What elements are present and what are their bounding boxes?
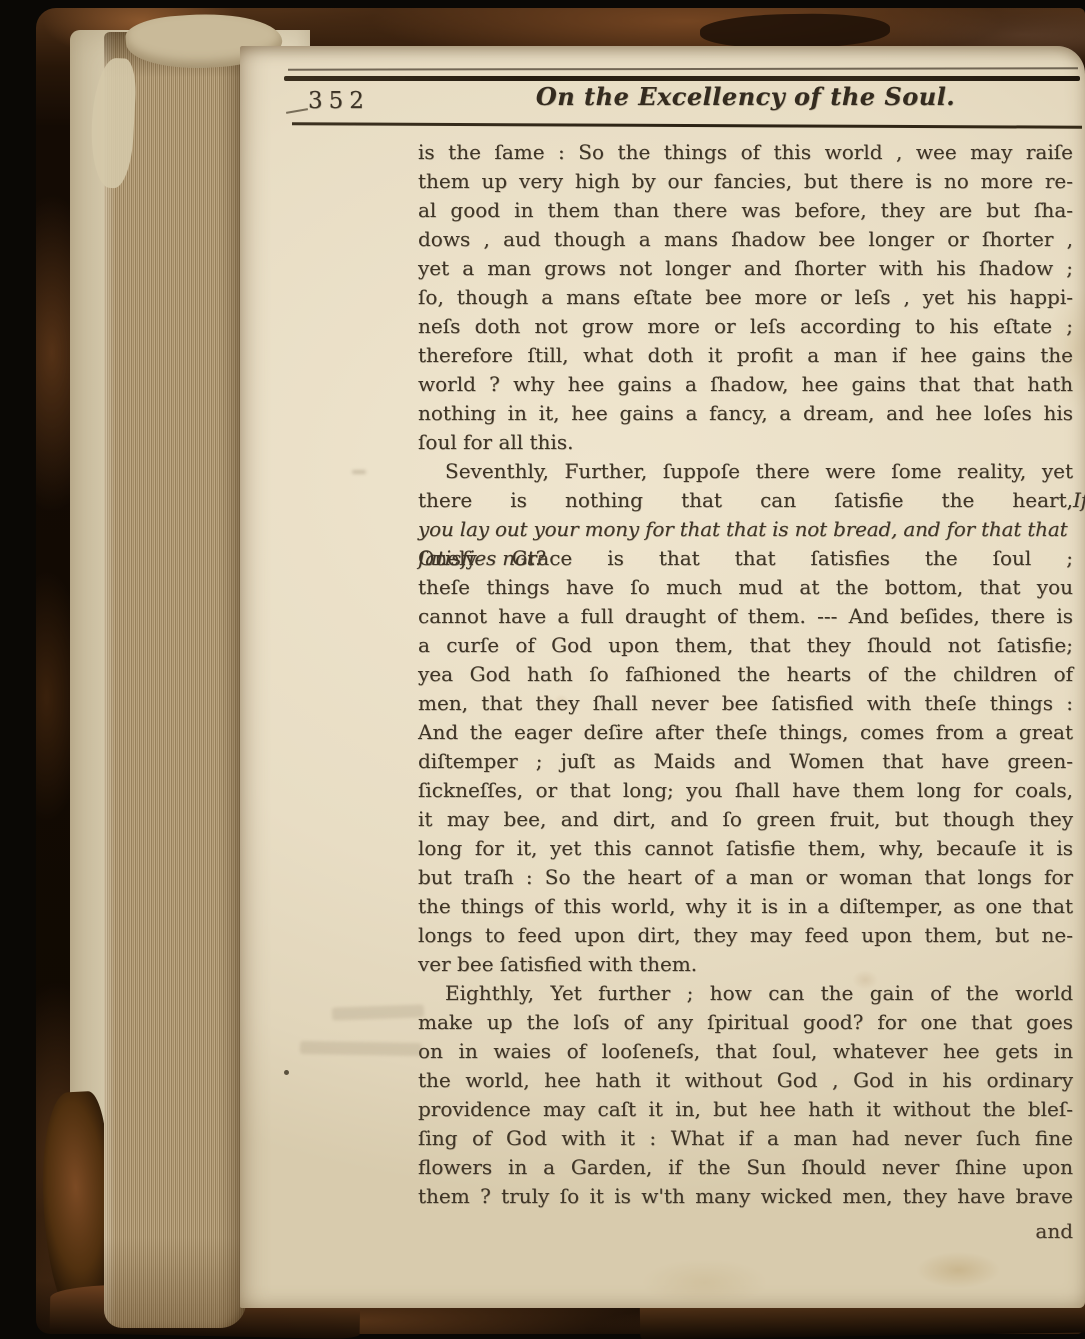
text-line: ſoul for all this. xyxy=(418,428,1073,457)
text-line: dows , aud though a mans ſhadow bee long… xyxy=(418,225,1073,254)
text-line: yet a man grows not longer and ſhorter w… xyxy=(418,254,1073,283)
text-line: but traſh : So the heart of a man or wom… xyxy=(418,863,1073,892)
text-line: you lay out your mony for that that is n… xyxy=(418,515,1073,544)
text-line: providence may caſt it in, but hee hath … xyxy=(418,1095,1073,1124)
text-line: a curſe of God upon them, that they ſhou… xyxy=(418,631,1073,660)
text-line: make up the loſs of any ſpiritual good? … xyxy=(418,1008,1073,1037)
page-number: 352 xyxy=(308,88,418,120)
catchword: and xyxy=(418,1216,1073,1246)
text-line: it may bee, and dirt, and ſo green fruit… xyxy=(418,805,1073,834)
text-line: And the eager deſire after theſe things,… xyxy=(418,718,1073,747)
body-text: is the ſame : So the things of this worl… xyxy=(418,138,1073,1218)
fore-edge-pages xyxy=(104,32,246,1328)
text-line: neſs doth not grow more or leſs accordin… xyxy=(418,312,1073,341)
text-line: there is nothing that can ſatisfie the h… xyxy=(418,486,1073,515)
text-line: ver bee ſatisfied with them. xyxy=(418,950,1073,979)
text-line: nothing in it, hee gains a fancy, a drea… xyxy=(418,399,1073,428)
text-line: therefore ſtill, what doth it profit a m… xyxy=(418,341,1073,370)
text-line: world ? why hee gains a ſhadow, hee gain… xyxy=(418,370,1073,399)
show-through-smudge xyxy=(300,1041,422,1056)
text-line: ſing of God with it : What if a man had … xyxy=(418,1124,1073,1153)
text-line: Seventhly, Further, ſuppoſe there were ſ… xyxy=(418,457,1073,486)
text-line: Eighthly, Yet further ; how can the gain… xyxy=(418,979,1073,1008)
text-line: longs to feed upon dirt, they may feed u… xyxy=(418,921,1073,950)
text-line: theſe things have ſo much mud at the bot… xyxy=(418,573,1073,602)
text-line: yea God hath ſo faſhioned the hearts of … xyxy=(418,660,1073,689)
text-line: them up very high by our fancies, but th… xyxy=(418,167,1073,196)
header-rule-thick xyxy=(284,76,1080,81)
text-line: ſatisfies not? Onely Grace is that that … xyxy=(418,544,1073,573)
show-through-smudge xyxy=(352,470,366,474)
text-line: on in waies of looſeneſs, that ſoul, wha… xyxy=(418,1037,1073,1066)
text-line: flowers in a Garden, if the Sun ſhould n… xyxy=(418,1153,1073,1182)
text-line: cannot have a full draught of them. --- … xyxy=(418,602,1073,631)
text-line: diſtemper ; juſt as Maids and Women that… xyxy=(418,747,1073,776)
text-line: the world, hee hath it without God , God… xyxy=(418,1066,1073,1095)
text-line: men, that they ſhall never bee ſatisfied… xyxy=(418,689,1073,718)
running-title: On the Excellency of the Soul. xyxy=(418,82,1073,118)
text-line: them ? truly ſo it is w'th many wicked m… xyxy=(418,1182,1073,1211)
ink-spot xyxy=(284,1070,289,1075)
book-photograph: 352 On the Excellency of the Soul. is th… xyxy=(0,0,1085,1339)
text-line: long for it, yet this cannot ſatisfie th… xyxy=(418,834,1073,863)
text-line: ſickneſſes, or that long; you ſhall have… xyxy=(418,776,1073,805)
text-line: is the ſame : So the things of this worl… xyxy=(418,138,1073,167)
text-line: ſo, though a mans eſtate bee more or leſ… xyxy=(418,283,1073,312)
text-line: al good in them than there was before, t… xyxy=(418,196,1073,225)
text-line: the things of this world, why it is in a… xyxy=(418,892,1073,921)
